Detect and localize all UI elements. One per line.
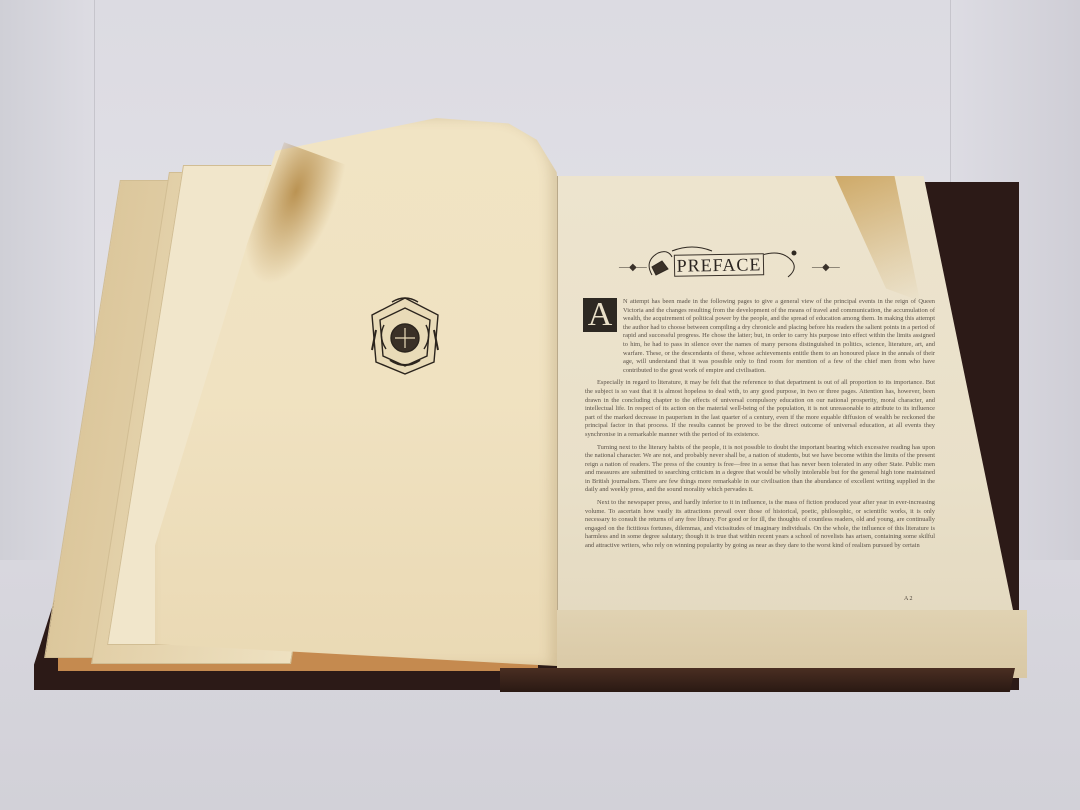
signature-mark: A 2 — [904, 596, 913, 602]
royal-coat-of-arms-icon — [362, 290, 448, 378]
paragraph: Especially in regard to literature, it m… — [585, 379, 935, 439]
flourish-right-icon: —◆— — [812, 262, 840, 273]
preface-body: N attempt has been made in the following… — [585, 298, 935, 555]
preface-heading: PREFACE — [674, 253, 764, 277]
paragraph: N attempt has been made in the following… — [585, 298, 935, 375]
paragraph: Next to the newspaper press, and hardly … — [585, 499, 935, 551]
book-spine-edge — [500, 668, 1015, 692]
paragraph: Turning next to the literary habits of t… — [585, 444, 935, 496]
page-block-edge — [557, 610, 1027, 678]
